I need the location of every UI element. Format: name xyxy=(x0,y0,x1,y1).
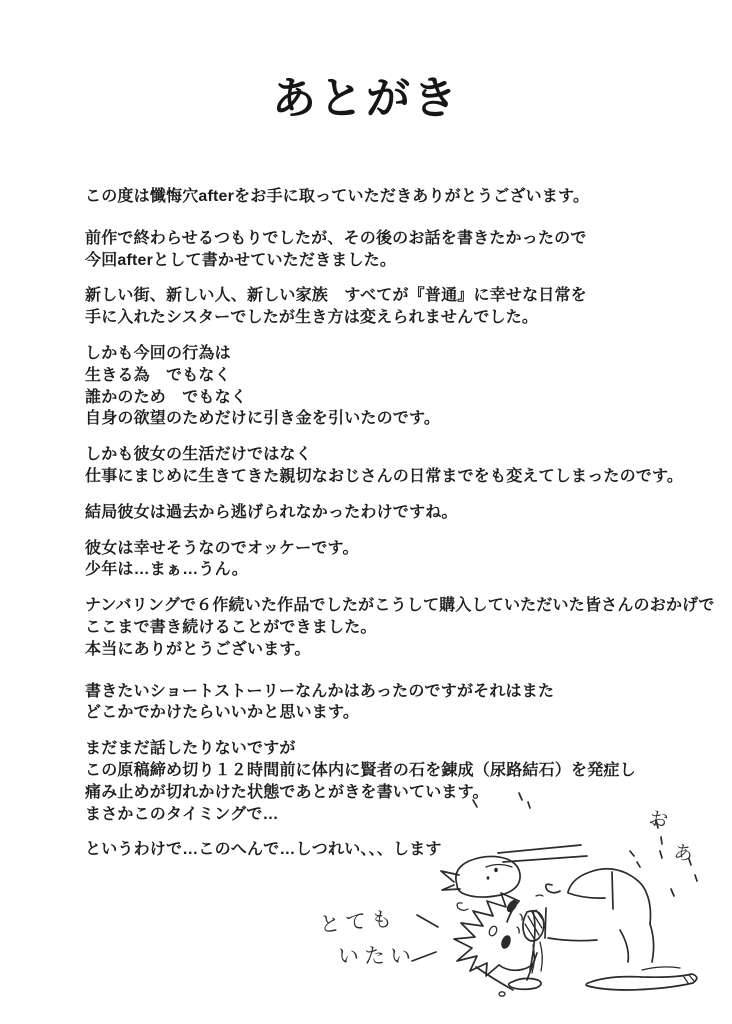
text-line: 生きる為 でもなく xyxy=(85,365,712,387)
text-line: 前作で終わらせるつもりでしたが、その後のお話を書きたかったので xyxy=(85,228,712,250)
text-line: 自身の欲望のためだけに引き金を引いたのです。 xyxy=(85,408,712,430)
paragraph: ナンバリングで６作続いた作品でしたがこうして購入していただいた皆さんのおかげでこ… xyxy=(85,595,712,660)
handwritten-groan-top: お xyxy=(647,807,670,832)
text-line: しかも彼女の生活だけではなく xyxy=(85,444,712,466)
paragraph: 前作で終わらせるつもりでしたが、その後のお話を書きたかったので今回afterとし… xyxy=(85,228,712,272)
afterword-text: この度は懺悔穴afterをお手に取っていただきありがとうございます。前作で終わら… xyxy=(85,186,712,875)
text-line: しかも今回の行為は xyxy=(85,343,712,365)
text-line: ナンバリングで６作続いた作品でしたがこうして購入していただいた皆さんのおかげで xyxy=(85,595,712,617)
trembling-marks xyxy=(473,793,697,896)
paragraph: 書きたいショートストーリーなんかはあったのですがそれはまたどこかでかけたらいいか… xyxy=(85,681,712,725)
text-line: ここまで書き続けることができました。 xyxy=(85,617,712,639)
text-line: この度は懺悔穴afterをお手に取っていただきありがとうございます。 xyxy=(85,186,712,208)
paragraph: 新しい街、新しい人、新しい家族 すべてが『普通』に幸せな日常を手に入れたシスター… xyxy=(85,285,712,329)
text-line: 結局彼女は過去から逃げられなかったわけですね。 xyxy=(85,502,712,524)
text-line: まだまだ話したりないですが xyxy=(85,738,712,760)
text-line: 少年は…まぁ…うん。 xyxy=(85,559,712,581)
text-line: どこかでかけたらいいかと思います。 xyxy=(85,702,712,724)
handwritten-groan-bottom: あ xyxy=(672,841,694,865)
text-line: この原稿締め切り１２時間前に体内に賢者の石を錬成（尿路結石）を発症し xyxy=(85,760,712,782)
author-doodle: とても いたい お あ xyxy=(290,790,732,1024)
page-title: あとがき xyxy=(0,62,732,126)
handwritten-caption-itai: いたい xyxy=(338,944,416,968)
paragraph: 彼女は幸せそうなのでオッケーです。少年は…まぁ…うん。 xyxy=(85,538,712,582)
paragraph: 結局彼女は過去から逃げられなかったわけですね。 xyxy=(85,502,712,524)
text-line: 仕事にまじめに生きてきた親切なおじさんの日常までをも変えてしまったのです。 xyxy=(85,466,712,488)
text-line: 書きたいショートストーリーなんかはあったのですがそれはまた xyxy=(85,681,712,703)
text-line: 手に入れたシスターでしたが生き方は変えられませんでした。 xyxy=(85,307,712,329)
text-line: 今回afterとして書かせていただきました。 xyxy=(85,250,712,272)
crouching-author-figure xyxy=(454,869,697,996)
text-line: 新しい街、新しい人、新しい家族 すべてが『普通』に幸せな日常を xyxy=(85,285,712,307)
paragraph: しかも彼女の生活だけではなく仕事にまじめに生きてきた親切なおじさんの日常までをも… xyxy=(85,444,712,488)
text-line: 誰かのため でもなく xyxy=(85,387,712,409)
paragraph: しかも今回の行為は生きる為 でもなく誰かのため でもなく自身の欲望のためだけに引… xyxy=(85,343,712,430)
paragraph: この度は懺悔穴afterをお手に取っていただきありがとうございます。 xyxy=(85,186,712,208)
sketch-drawing: とても いたい お あ xyxy=(290,790,732,1024)
bird-on-head-icon xyxy=(441,845,587,897)
text-line: 彼女は幸せそうなのでオッケーです。 xyxy=(85,538,712,560)
handwritten-caption-totemo: とても xyxy=(318,906,398,937)
text-line: 本当にありがとうございます。 xyxy=(85,639,712,661)
afterword-page: あとがき この度は懺悔穴afterをお手に取っていただきありがとうございます。前… xyxy=(0,0,732,1024)
